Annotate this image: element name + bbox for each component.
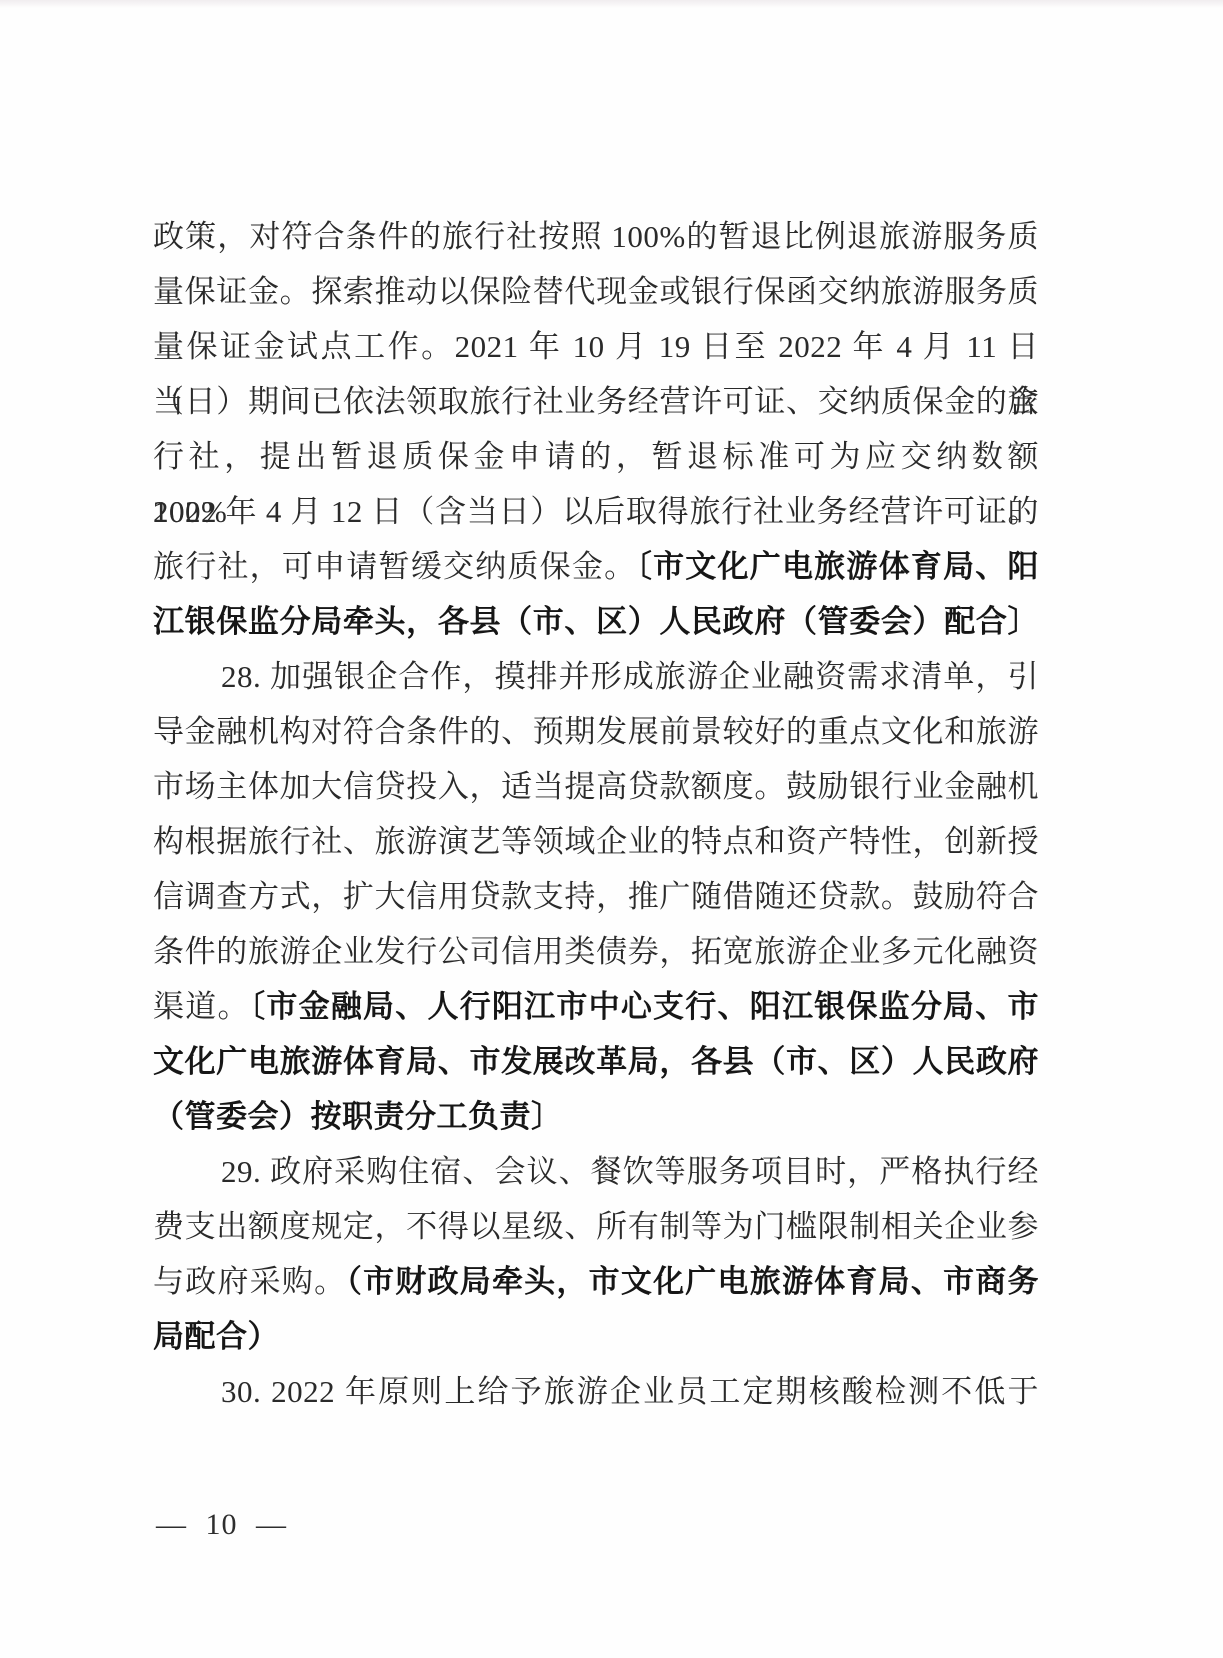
body-text: 政策，对符合条件的旅行社按照 100%的暂退比例退旅游服务质 (153, 219, 1039, 254)
body-text: 2022 年 4 月 12 日（含当日）以后取得旅行社业务经营许可证的 (153, 494, 1039, 529)
body-text: 当日）期间已依法领取旅行社业务经营许可证、交纳质保金的旅 (153, 384, 1039, 419)
body-text: 条件的旅游企业发行公司信用类债券，拓宽旅游企业多元化融资 (153, 934, 1039, 969)
responsibility-clause-text: （市财政局牵头，市文化广电旅游体育局、市商务 (346, 1264, 1039, 1299)
document-body: 政策，对符合条件的旅行社按照 100%的暂退比例退旅游服务质量保证金。探索推动以… (153, 209, 1039, 1419)
text-line: 量保证金。探索推动以保险替代现金或银行保函交纳旅游服务质 (153, 264, 1039, 319)
responsibility-clause-text: 〔市金融局、人行阳江市中心支行、阳江银保监分局、市 (250, 989, 1039, 1024)
responsibility-clause-text: （管委会）按职责分工负责〕 (153, 1099, 563, 1134)
text-line: （管委会）按职责分工负责〕 (153, 1089, 1039, 1144)
body-text: 构根据旅行社、旅游演艺等领域企业的特点和资产特性，创新授 (153, 824, 1039, 859)
body-text: 量保证金。探索推动以保险替代现金或银行保函交纳旅游服务质 (153, 274, 1039, 309)
responsibility-clause-text: 文化广电旅游体育局、市发展改革局，各县（市、区）人民政府 (153, 1044, 1039, 1079)
body-text: 导金融机构对符合条件的、预期发展前景较好的重点文化和旅游 (153, 714, 1039, 749)
text-line: 费支出额度规定，不得以星级、所有制等为门槛限制相关企业参 (153, 1199, 1039, 1254)
text-line: 与政府采购。（市财政局牵头，市文化广电旅游体育局、市商务 (153, 1254, 1039, 1309)
body-text: 信调查方式，扩大信用贷款支持，推广随借随还贷款。鼓励符合 (153, 879, 1039, 914)
body-text: 费支出额度规定，不得以星级、所有制等为门槛限制相关企业参 (153, 1209, 1039, 1244)
body-text: 渠道。 (153, 989, 250, 1024)
body-text: 28. 加强银企合作，摸排并形成旅游企业融资需求清单，引 (221, 659, 1039, 694)
text-line: 局配合） (153, 1309, 1039, 1364)
body-text: 旅行社，可申请暂缓交纳质保金。 (153, 549, 636, 584)
text-line: 28. 加强银企合作，摸排并形成旅游企业融资需求清单，引 (153, 649, 1039, 704)
text-line: 30. 2022 年原则上给予旅游企业员工定期核酸检测不低于 (153, 1364, 1039, 1419)
document-page: 政策，对符合条件的旅行社按照 100%的暂退比例退旅游服务质量保证金。探索推动以… (0, 0, 1223, 1658)
scan-artifact-top (0, 0, 1223, 8)
text-line: 29. 政府采购住宿、会议、餐饮等服务项目时，严格执行经 (153, 1144, 1039, 1199)
responsibility-clause-text: 江银保监分局牵头，各县（市、区）人民政府（管委会）配合〕 (153, 604, 1039, 639)
text-line: 渠道。〔市金融局、人行阳江市中心支行、阳江银保监分局、市 (153, 979, 1039, 1034)
text-line: 信调查方式，扩大信用贷款支持，推广随借随还贷款。鼓励符合 (153, 869, 1039, 924)
text-line: 市场主体加大信贷投入，适当提高贷款额度。鼓励银行业金融机 (153, 759, 1039, 814)
text-line: 政策，对符合条件的旅行社按照 100%的暂退比例退旅游服务质 (153, 209, 1039, 264)
text-line: 量保证金试点工作。2021 年 10 月 19 日至 2022 年 4 月 11… (153, 319, 1039, 374)
page-number: — 10 — (156, 1505, 287, 1545)
text-line: 2022 年 4 月 12 日（含当日）以后取得旅行社业务经营许可证的 (153, 484, 1039, 539)
text-line: 行社，提出暂退质保金申请的，暂退标准可为应交纳数额 100%。 (153, 429, 1039, 484)
body-text: 29. 政府采购住宿、会议、餐饮等服务项目时，严格执行经 (221, 1154, 1039, 1189)
text-line: 条件的旅游企业发行公司信用类债券，拓宽旅游企业多元化融资 (153, 924, 1039, 979)
body-text: 市场主体加大信贷投入，适当提高贷款额度。鼓励银行业金融机 (153, 769, 1039, 804)
text-line: 江银保监分局牵头，各县（市、区）人民政府（管委会）配合〕 (153, 594, 1039, 649)
text-line: 构根据旅行社、旅游演艺等领域企业的特点和资产特性，创新授 (153, 814, 1039, 869)
responsibility-clause-text: 局配合） (153, 1319, 279, 1354)
responsibility-clause-text: 〔市文化广电旅游体育局、阳 (636, 549, 1039, 584)
text-line: 文化广电旅游体育局、市发展改革局，各县（市、区）人民政府 (153, 1034, 1039, 1089)
body-text: 与政府采购。 (153, 1264, 346, 1299)
text-line: 导金融机构对符合条件的、预期发展前景较好的重点文化和旅游 (153, 704, 1039, 759)
body-text: 30. 2022 年原则上给予旅游企业员工定期核酸检测不低于 (221, 1374, 1039, 1409)
text-line: 当日）期间已依法领取旅行社业务经营许可证、交纳质保金的旅 (153, 374, 1039, 429)
text-line: 旅行社，可申请暂缓交纳质保金。〔市文化广电旅游体育局、阳 (153, 539, 1039, 594)
